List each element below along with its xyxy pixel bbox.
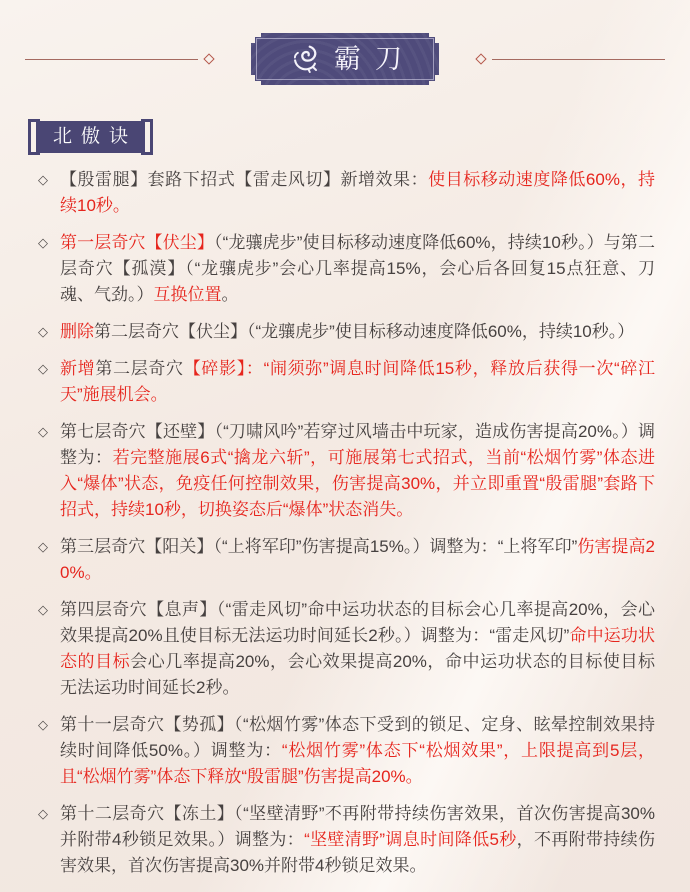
note-text: 第三层奇穴【阳关】（“上将军印”伤害提高15%。）调整为：“上将军印” <box>60 537 577 556</box>
diamond-ornament-icon <box>475 53 486 64</box>
note-text: 会心几率提高20%，会心效果提高20%，命中运功状态的目标使目标无法运功时间延长… <box>60 652 655 697</box>
patch-note-item: ◇第七层奇穴【还壁】（“刀啸风吟”若穿过风墙击中玩家，造成伤害提高20%。）调整… <box>38 419 655 523</box>
note-highlight-text: 互换位置 <box>154 285 222 304</box>
patch-note-item: ◇删除第二层奇穴【伏尘】（“龙骧虎步”使目标移动速度降低60%，持续10秒。） <box>38 319 655 345</box>
patch-note-item: ◇第三层奇穴【阳关】（“上将军印”伤害提高15%。）调整为：“上将军印”伤害提高… <box>38 534 655 586</box>
header-rule-left <box>25 55 213 63</box>
diamond-bullet-icon: ◇ <box>38 230 48 256</box>
patch-note-item: ◇新增第二层奇穴【碎影】：“闹须弥”调息时间降低15秒，释放后获得一次“碎江天”… <box>38 356 655 408</box>
note-highlight-text: “坚壁清野”调息时间降低5秒 <box>304 830 517 849</box>
divider-line <box>25 59 198 60</box>
note-highlight-text: 若完整施展6式“擒龙六斩”，可施展第七式招式，当前“松烟竹雾”体态进入“爆体”状… <box>60 448 655 519</box>
diamond-ornament-icon <box>203 53 214 64</box>
header-rule-right <box>477 55 665 63</box>
patch-note-item: ◇第十一层奇穴【势孤】（“松烟竹雾”体态下受到的锁足、定身、眩晕控制效果持续时间… <box>38 712 655 790</box>
note-text: 第二层奇穴 <box>95 359 183 378</box>
note-highlight-text: 第一层奇穴【伏尘】 <box>60 233 214 252</box>
diamond-bullet-icon: ◇ <box>38 534 48 560</box>
note-highlight-text: 删除 <box>60 322 94 341</box>
diamond-bullet-icon: ◇ <box>38 801 48 827</box>
note-highlight-text: 新增 <box>60 359 95 378</box>
class-header: 霸刀 <box>25 33 665 85</box>
dragon-emblem-icon <box>288 42 322 76</box>
divider-line <box>492 59 665 60</box>
diamond-bullet-icon: ◇ <box>38 319 48 345</box>
note-text: 【殷雷腿】套路下招式【雷走风切】新增效果： <box>60 170 428 189</box>
note-text: 第二层奇穴【伏尘】（“龙骧虎步”使目标移动速度降低60%，持续10秒。） <box>94 322 634 341</box>
section-badge-label: 北傲诀 <box>36 121 145 153</box>
class-title: 霸刀 <box>334 46 416 73</box>
patch-note-item: ◇第十二层奇穴【冻土】（“坚壁清野”不再附带持续伤害效果，首次伤害提高30%并附… <box>38 801 655 879</box>
patch-note-item: ◇第一层奇穴【伏尘】（“龙骧虎步”使目标移动速度降低60%，持续10秒。）与第二… <box>38 230 655 308</box>
note-text: 。 <box>222 285 239 304</box>
patch-notes-list: ◇【殷雷腿】套路下招式【雷走风切】新增效果：使目标移动速度降低60%，持续10秒… <box>38 167 655 879</box>
diamond-bullet-icon: ◇ <box>38 712 48 738</box>
class-plaque: 霸刀 <box>251 33 439 85</box>
patch-note-item: ◇第四层奇穴【息声】（“雷走风切”命中运功状态的目标会心几率提高20%，会心效果… <box>38 597 655 701</box>
diamond-bullet-icon: ◇ <box>38 356 48 382</box>
note-text: 第四层奇穴【息声】（“雷走风切”命中运功状态的目标会心几率提高20%，会心效果提… <box>60 600 655 645</box>
diamond-bullet-icon: ◇ <box>38 167 48 193</box>
section-badge: 北傲诀 <box>36 121 145 153</box>
diamond-bullet-icon: ◇ <box>38 419 48 445</box>
patch-note-item: ◇【殷雷腿】套路下招式【雷走风切】新增效果：使目标移动速度降低60%，持续10秒… <box>38 167 655 219</box>
diamond-bullet-icon: ◇ <box>38 597 48 623</box>
patch-notes-page: 霸刀 北傲诀 ◇【殷雷腿】套路下招式【雷走风切】新增效果：使目标移动速度降低60… <box>0 33 690 879</box>
